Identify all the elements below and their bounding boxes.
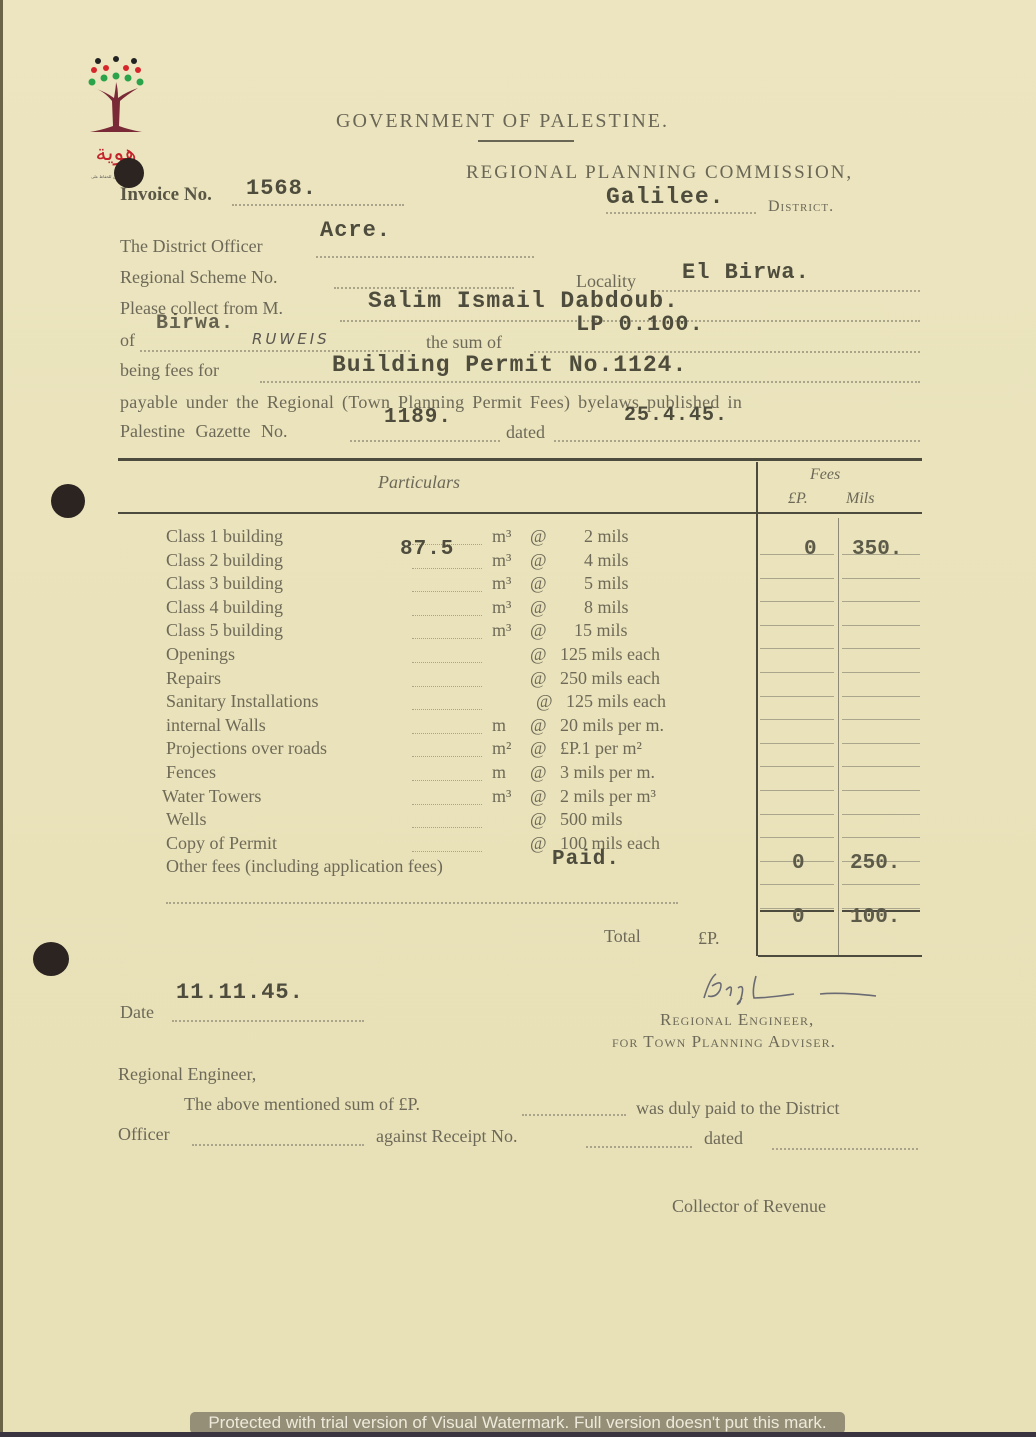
table-row-rate: 4 mils	[584, 550, 629, 571]
table-row-rate: 5 mils	[584, 573, 629, 594]
binder-hole-middle	[51, 484, 85, 518]
fee-ruled-line	[842, 790, 920, 791]
extra-dotted-line	[166, 902, 678, 904]
sum-label: the sum of	[426, 332, 502, 353]
district-officer-label: The District Officer	[120, 236, 263, 257]
table-row-unit: m²	[492, 738, 511, 759]
table-row-lp: 0	[792, 852, 805, 875]
at-symbol: @	[530, 620, 547, 641]
locality-dotted-line	[654, 290, 920, 292]
date-label: Date	[120, 1002, 154, 1023]
table-row-rate: 125 mils each	[566, 691, 666, 712]
gazette-value: 1189.	[384, 406, 452, 429]
table-row-rate: 2 mils	[584, 526, 629, 547]
fees-for-value: Building Permit No.1124.	[332, 352, 687, 378]
table-row-rate: £P.1 per m²	[560, 738, 642, 759]
quantity-dotted-line	[412, 709, 482, 710]
receipt-line1-a: The above mentioned sum of £P.	[184, 1094, 420, 1115]
title-underline	[478, 140, 574, 142]
table-row-unit: m³	[492, 526, 511, 547]
quantity-dotted-line	[412, 568, 482, 569]
fee-ruled-line	[760, 696, 834, 697]
receipt-line2-c: dated	[704, 1128, 743, 1149]
table-row-item: Sanitary Installations	[166, 691, 318, 712]
date-value: 11.11.45.	[176, 980, 304, 1005]
table-row-item: Class 3 building	[166, 573, 283, 594]
receipt-dated-dotted-line	[772, 1148, 918, 1150]
table-row-item: internal Walls	[166, 715, 266, 736]
binder-hole-bottom	[33, 942, 69, 976]
quantity-dotted-line	[412, 780, 482, 781]
collector-label: Collector of Revenue	[672, 1196, 826, 1217]
table-row-quantity: Paid.	[552, 848, 620, 871]
fee-ruled-line	[760, 648, 834, 649]
table-row-item: Projections over roads	[166, 738, 327, 759]
table-row-rate: 500 mils	[560, 809, 623, 830]
locality-value: El Birwa.	[682, 260, 810, 285]
fee-ruled-line	[760, 790, 834, 791]
fee-ruled-line	[842, 884, 920, 885]
invoice-number: 1568.	[246, 176, 317, 201]
quantity-dotted-line	[412, 638, 482, 639]
table-row-item: Other fees (including application fees)	[166, 856, 443, 877]
quantity-dotted-line	[412, 827, 482, 828]
receipt-line2-a: Officer	[118, 1124, 170, 1145]
at-symbol: @	[530, 550, 547, 571]
dated-dotted-line	[554, 440, 920, 442]
quantity-dotted-line	[412, 615, 482, 616]
quantity-dotted-line	[412, 591, 482, 592]
fee-ruled-line	[760, 766, 834, 767]
fee-ruled-line	[842, 743, 920, 744]
lp-header: £P.	[788, 490, 808, 508]
fee-ruled-line	[760, 601, 834, 602]
fee-ruled-line	[842, 719, 920, 720]
bottom-bar	[0, 1432, 1036, 1437]
fee-ruled-line	[842, 578, 920, 579]
quantity-dotted-line	[412, 733, 482, 734]
at-symbol: @	[530, 786, 547, 807]
invoice-label: Invoice No.	[120, 184, 212, 206]
receipt-officer-dotted-line	[192, 1144, 364, 1146]
dated-label: dated	[506, 422, 545, 443]
at-symbol: @	[530, 597, 547, 618]
table-row-mils: 350.	[852, 538, 902, 561]
table-header-rule	[118, 512, 922, 514]
fee-ruled-line	[760, 625, 834, 626]
district-label: District.	[768, 198, 834, 216]
bylaws-dated-value: 25.4.45.	[624, 404, 728, 427]
quantity-dotted-line	[412, 662, 482, 663]
table-row-item: Wells	[166, 809, 207, 830]
signer-title: Regional Engineer,	[660, 1010, 814, 1030]
fee-ruled-line	[760, 578, 834, 579]
table-row-rate: 250 mils each	[560, 668, 660, 689]
table-row-rate: 20 mils per m.	[560, 715, 664, 736]
receipt-line1-b: was duly paid to the District	[636, 1098, 839, 1119]
table-row-item: Openings	[166, 644, 235, 665]
table-row-rate: 125 mils each	[560, 644, 660, 665]
fee-ruled-line	[760, 554, 834, 555]
district-value: Galilee.	[606, 184, 724, 210]
table-row-item: Water Towers	[162, 786, 261, 807]
fee-ruled-line	[842, 696, 920, 697]
total-currency: £P.	[698, 928, 720, 949]
table-row-unit: m	[492, 715, 506, 736]
fee-ruled-line	[760, 719, 834, 720]
page-edge	[0, 0, 3, 1437]
at-symbol: @	[530, 668, 547, 689]
mils-header: Mils	[846, 490, 874, 508]
date-dotted-line	[172, 1020, 364, 1022]
fee-ruled-line	[760, 837, 834, 838]
fee-ruled-line	[760, 672, 834, 673]
table-row-item: Fences	[166, 762, 216, 783]
scheme-label: Regional Scheme No.	[120, 267, 277, 288]
at-symbol: @	[530, 644, 547, 665]
lp-mils-divider	[838, 518, 839, 956]
table-row-unit: m	[492, 762, 506, 783]
table-top-rule	[118, 458, 922, 461]
total-mils: 100.	[850, 906, 900, 929]
table-row-rate: 15 mils	[574, 620, 628, 641]
fee-ruled-line	[842, 814, 920, 815]
sum-value: LP 0.100.	[576, 312, 704, 337]
fee-ruled-line	[842, 766, 920, 767]
receipt-no-dotted-line	[586, 1146, 692, 1148]
quantity-dotted-line	[412, 804, 482, 805]
fee-ruled-line	[760, 884, 834, 885]
quantity-dotted-line	[412, 851, 482, 852]
at-symbol: @	[536, 691, 553, 712]
commission-title: REGIONAL PLANNING COMMISSION,	[466, 162, 853, 184]
table-row-mils: 250.	[850, 852, 900, 875]
gazette-dotted-line	[350, 440, 500, 442]
table-row-item: Repairs	[166, 668, 221, 689]
signer-subtitle: for Town Planning Adviser.	[612, 1032, 836, 1052]
total-lp: 0	[792, 906, 805, 929]
at-symbol: @	[530, 809, 547, 830]
gazette-label: Palestine Gazette No.	[120, 421, 287, 442]
fees-header: Fees	[810, 466, 840, 484]
table-row-item: Class 1 building	[166, 526, 283, 547]
quantity-dotted-line	[412, 756, 482, 757]
table-row-unit: m³	[492, 573, 511, 594]
district-dotted-line	[606, 212, 756, 214]
at-symbol: @	[530, 573, 547, 594]
particulars-header: Particulars	[378, 472, 460, 493]
fee-ruled-line	[760, 743, 834, 744]
fees-for-label: being fees for	[120, 360, 219, 381]
table-row-unit: m³	[492, 786, 511, 807]
at-symbol: @	[530, 715, 547, 736]
addressee: Regional Engineer,	[118, 1064, 256, 1085]
of-typed-value: Birwa.	[156, 312, 234, 335]
table-row-rate: 3 mils per m.	[560, 762, 655, 783]
table-row-rate: 2 mils per m³	[560, 786, 656, 807]
table-row-item: Class 5 building	[166, 620, 283, 641]
fee-ruled-line	[842, 601, 920, 602]
receipt-line2-b: against Receipt No.	[376, 1126, 517, 1147]
of-label: of	[120, 330, 135, 351]
table-row-rate: 8 mils	[584, 597, 629, 618]
receipt-sum-dotted-line	[522, 1114, 626, 1116]
of-handwritten-value: RUWEIS	[252, 330, 330, 348]
table-row-lp: 0	[804, 538, 817, 561]
government-title: GOVERNMENT OF PALESTINE.	[336, 110, 669, 133]
fees-for-dotted-line	[260, 381, 920, 383]
at-symbol: @	[530, 738, 547, 759]
fee-ruled-line	[760, 814, 834, 815]
fee-ruled-line	[842, 625, 920, 626]
table-row-unit: m³	[492, 550, 511, 571]
district-officer-dotted-line	[316, 256, 534, 258]
table-row-item: Copy of Permit	[166, 833, 277, 854]
district-officer-value: Acre.	[320, 218, 391, 243]
at-symbol: @	[530, 526, 547, 547]
fee-ruled-line	[842, 837, 920, 838]
table-row-unit: m³	[492, 597, 511, 618]
invoice-dotted-line	[232, 204, 404, 206]
collect-value: Salim Ismail Dabdoub.	[368, 288, 679, 314]
table-row-item: Class 2 building	[166, 550, 283, 571]
table-row-quantity: 87.5	[400, 538, 454, 561]
table-row-unit: m³	[492, 620, 511, 641]
at-symbol: @	[530, 762, 547, 783]
fee-ruled-line	[842, 648, 920, 649]
at-symbol: @	[530, 833, 547, 854]
table-row-item: Class 4 building	[166, 597, 283, 618]
quantity-dotted-line	[412, 686, 482, 687]
fees-column-divider	[756, 462, 758, 956]
watermark-banner: Protected with trial version of Visual W…	[190, 1412, 845, 1434]
fee-ruled-line	[842, 672, 920, 673]
fees-bottom-rule	[758, 955, 922, 957]
signature	[690, 968, 890, 1008]
total-label: Total	[604, 926, 641, 947]
